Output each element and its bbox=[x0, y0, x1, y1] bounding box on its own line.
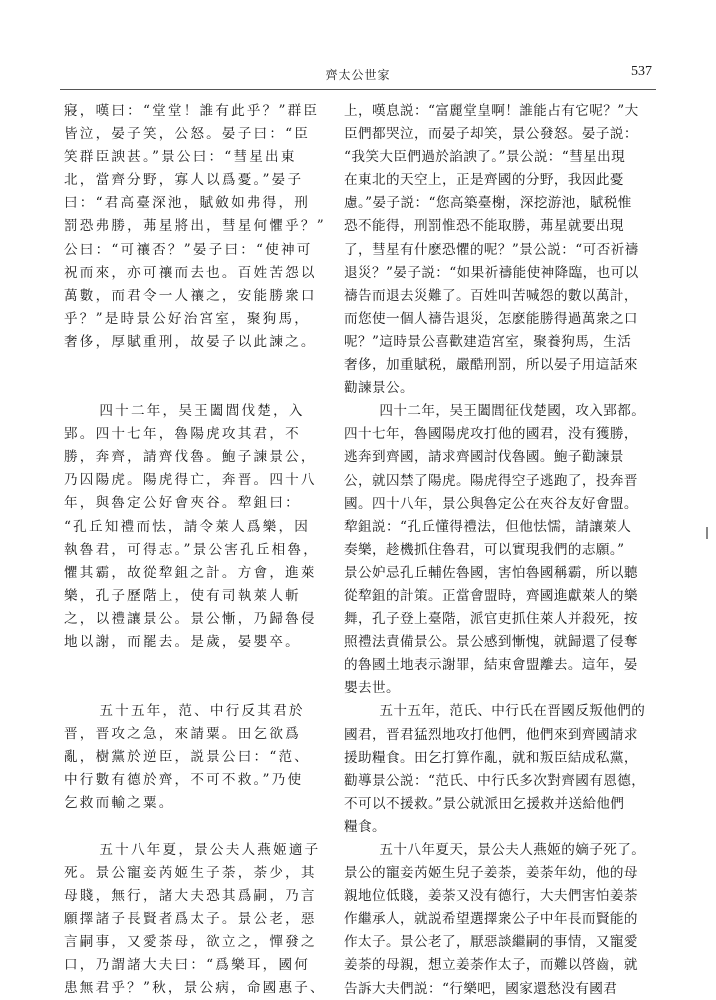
classical-paragraph-1: 寢，嘆曰：“堂堂！誰有此乎？”群臣 皆泣，晏子笑，公怒。晏子曰：“臣 笑群臣諛甚… bbox=[64, 100, 332, 354]
text-line: “我笑大臣們過於諂諛了。”景公説：“彗星出現 bbox=[344, 146, 656, 169]
text-line: 奏樂，趁機抓住魯君，可以實現我們的志願。” bbox=[344, 539, 656, 562]
text-line: 樂，孔子歷階上，使有司執萊人斬 bbox=[64, 585, 332, 608]
text-line: 國。四十八年，景公與魯定公在夾谷友好會盟。 bbox=[344, 493, 656, 516]
text-line: 公曰：“可禳否？”晏子曰：“使神可 bbox=[64, 239, 332, 262]
scan-margin-mark bbox=[706, 527, 708, 539]
text-line: 照禮法責備景公。景公感到慚愧，就歸還了侵奪 bbox=[344, 631, 656, 654]
text-line: 上，嘆息説：“富麗堂皇啊！誰能占有它呢？”大 bbox=[344, 100, 656, 123]
text-line: 犂鉏説：“孔丘懂得禮法，但他怯懦，請讓萊人 bbox=[344, 516, 656, 539]
classical-paragraph-4: 五十八年夏，景公夫人燕姬適子 死。景公寵妾芮姬生子荼，荼少，其 母賤，無行，諸大… bbox=[64, 839, 332, 1000]
text-line: 五十八年夏，景公夫人燕姬適子 bbox=[64, 839, 332, 862]
text-line: 願擇諸子長賢者爲太子。景公老，惡 bbox=[64, 908, 332, 931]
text-line: 親地位低賤，姜荼又没有德行，大夫們害怕姜荼 bbox=[344, 885, 656, 908]
text-line: 中行數有德於齊，不可不救。”乃使 bbox=[64, 769, 332, 792]
text-line: 死。景公寵妾芮姬生子荼，荼少，其 bbox=[64, 862, 332, 885]
text-line: 懼其霸，故從犂鉏之計。方會，進萊 bbox=[64, 562, 332, 585]
translation-paragraph-3: 五十五年，范氏、中行氏在晋國反叛他們的 國君，晋君猛烈地攻打他們，他們來到齊國請… bbox=[344, 700, 656, 839]
running-title: 齊太公世家 bbox=[60, 66, 656, 83]
page-number: 537 bbox=[631, 64, 652, 80]
text-line: 退災？”晏子説：“如果祈禱能使神降臨，也可以 bbox=[344, 262, 656, 285]
text-line: 四十七年，魯國陽虎攻打他的國君，没有獲勝， bbox=[344, 423, 656, 446]
text-line: 晋，晋攻之急，來請粟。田乞欲爲 bbox=[64, 723, 332, 746]
text-line: 臣們都哭泣，而晏子却笑，景公發怒。晏子説： bbox=[344, 123, 656, 146]
text-line: 而您使一個人禱告退災，怎麽能勝得過萬衆之口 bbox=[344, 308, 656, 331]
translation-paragraph-4: 五十八年夏天，景公夫人燕姬的嫡子死了。 景公的寵妾芮姬生兒子姜荼，姜荼年幼，他的… bbox=[344, 839, 656, 1000]
text-line: 姜荼的母親，想立姜荼作太子，而難以啓齒，就 bbox=[344, 954, 656, 977]
text-line: 曰：“君高臺深池，賦斂如弗得，刑 bbox=[64, 192, 332, 215]
text-line: “孔丘知禮而怯，請令萊人爲樂，因 bbox=[64, 516, 332, 539]
text-line: 年，與魯定公好會夾谷。犂鉏曰： bbox=[64, 492, 332, 515]
text-line: 五十五年，范氏、中行氏在晋國反叛他們的 bbox=[344, 700, 656, 723]
text-line: 糧食。 bbox=[344, 816, 656, 839]
text-line: 奢侈，加重賦税，嚴酷刑罰，所以晏子用這話來 bbox=[344, 354, 656, 377]
text-line: 皆泣，晏子笑，公怒。晏子曰：“臣 bbox=[64, 123, 332, 146]
text-line: 景公妒忌孔丘輔佐魯國，害怕魯國稱霸，所以聽 bbox=[344, 562, 656, 585]
text-line: 寢，嘆曰：“堂堂！誰有此乎？”群臣 bbox=[64, 100, 332, 123]
text-line: 了，彗星有什麽恐懼的呢？”景公説：“可否祈禱 bbox=[344, 239, 656, 262]
text-line: 恐不能得，刑罰惟恐不能取勝，茀星就要出現 bbox=[344, 215, 656, 238]
text-line: 作太子。景公老了，厭惡談繼嗣的事情，又寵愛 bbox=[344, 931, 656, 954]
text-line: 的魯國土地表示謝罪，結束會盟離去。這年，晏 bbox=[344, 654, 656, 677]
header-rule bbox=[60, 89, 656, 90]
classical-text-column: 寢，嘆曰：“堂堂！誰有此乎？”群臣 皆泣，晏子笑，公怒。晏子曰：“臣 笑群臣諛甚… bbox=[64, 100, 332, 1000]
text-line: 祝而來，亦可禳而去也。百姓苦怨以 bbox=[64, 262, 332, 285]
text-line: 乃囚陽虎。陽虎得亡，奔晋。四十八 bbox=[64, 469, 332, 492]
classical-paragraph-2: 四十二年，吴王闔閭伐楚，入 郢。四十七年，魯陽虎攻其君，不 勝，奔齊，請齊伐魯。… bbox=[64, 400, 332, 654]
text-line: 北，當齊分野，寡人以爲憂。”晏子 bbox=[64, 169, 332, 192]
text-line: 逃奔到齊國，請求齊國討伐魯國。鮑子勸諫景 bbox=[344, 446, 656, 469]
text-line: 執魯君，可得志。”景公害孔丘相魯， bbox=[64, 539, 332, 562]
text-line: 禱告而退去災難了。百姓叫苦喊怨的數以萬計， bbox=[344, 285, 656, 308]
classical-paragraph-3: 五十五年，范、中行反其君於 晋，晋攻之急，來請粟。田乞欲爲 亂，樹黨於逆臣，説景… bbox=[64, 700, 332, 815]
translation-paragraph-1: 上，嘆息説：“富麗堂皇啊！誰能占有它呢？”大 臣們都哭泣，而晏子却笑，景公發怒。… bbox=[344, 100, 656, 400]
text-line: 地以謝，而罷去。是歲，晏嬰卒。 bbox=[64, 631, 332, 654]
text-line: 五十五年，范、中行反其君於 bbox=[64, 700, 332, 723]
text-line: 之，以禮讓景公。景公慚，乃歸魯侵 bbox=[64, 608, 332, 631]
text-line: 乎？”是時景公好治宮室，聚狗馬， bbox=[64, 308, 332, 331]
text-line: 公，就囚禁了陽虎。陽虎得空子逃跑了，投奔晋 bbox=[344, 470, 656, 493]
text-line: 援助糧食。田乞打算作亂，就和叛臣結成私黨， bbox=[344, 747, 656, 770]
text-line: 勝，奔齊，請齊伐魯。鮑子諫景公， bbox=[64, 446, 332, 469]
page-header: 齊太公世家 537 bbox=[60, 62, 656, 88]
text-line: 勸導景公説：“范氏、中行氏多次對齊國有恩德， bbox=[344, 770, 656, 793]
text-line: 不可以不援救。”景公就派田乞援救并送給他們 bbox=[344, 793, 656, 816]
text-line: 五十八年夏天，景公夫人燕姬的嫡子死了。 bbox=[344, 839, 656, 862]
translation-paragraph-2: 四十二年，吴王闔閭征伐楚國，攻入郢都。 四十七年，魯國陽虎攻打他的國君，没有獲勝… bbox=[344, 400, 656, 700]
text-line: 四十二年，吴王闔閭伐楚，入 bbox=[64, 400, 332, 423]
text-line: 四十二年，吴王闔閭征伐楚國，攻入郢都。 bbox=[344, 400, 656, 423]
text-line: 呢？”這時景公喜歡建造宮室，聚養狗馬，生活 bbox=[344, 331, 656, 354]
text-line: 從犂鉏的計策。正當會盟時，齊國進獻萊人的樂 bbox=[344, 585, 656, 608]
text-line: 母賤，無行，諸大夫恐其爲嗣，乃言 bbox=[64, 885, 332, 908]
text-line: 口，乃謂諸大夫曰：“爲樂耳，國何 bbox=[64, 954, 332, 977]
text-line: 在東北的天空上，正是齊國的分野，我因此憂 bbox=[344, 169, 656, 192]
text-line: 罰恐弗勝，茀星將出，彗星何懼乎？” bbox=[64, 215, 332, 238]
text-line: 萬數，而君令一人禳之，安能勝衆口 bbox=[64, 285, 332, 308]
text-line: 景公的寵妾芮姬生兒子姜荼，姜荼年幼，他的母 bbox=[344, 862, 656, 885]
text-line: 勸諫景公。 bbox=[344, 377, 656, 400]
text-line: 國君，晋君猛烈地攻打他們，他們來到齊國請求 bbox=[344, 724, 656, 747]
text-line: 嬰去世。 bbox=[344, 677, 656, 700]
text-line: 舞，孔子登上臺階，派官吏抓住萊人并殺死，按 bbox=[344, 608, 656, 631]
text-line: 郢。四十七年，魯陽虎攻其君，不 bbox=[64, 423, 332, 446]
text-line: 亂，樹黨於逆臣，説景公曰：“范、 bbox=[64, 746, 332, 769]
text-line: 笑群臣諛甚。”景公曰：“彗星出東 bbox=[64, 146, 332, 169]
text-line: 乞救而輸之粟。 bbox=[64, 792, 332, 815]
text-line: 慮。”晏子説：“您高築臺榭，深挖游池，賦税惟 bbox=[344, 192, 656, 215]
translation-column: 上，嘆息説：“富麗堂皇啊！誰能占有它呢？”大 臣們都哭泣，而晏子却笑，景公發怒。… bbox=[344, 100, 656, 1000]
text-line: 作繼承人，就説希望選擇衆公子中年長而賢能的 bbox=[344, 908, 656, 931]
text-line: 奢侈，厚賦重刑，故晏子以此諫之。 bbox=[64, 331, 332, 354]
text-line: 言嗣事，又愛荼母，欲立之，憚發之 bbox=[64, 931, 332, 954]
text-line: 患無君乎？”秋，景公病，命國惠子、 bbox=[64, 977, 332, 1000]
text-line: 告訴大夫們説：“行樂吧，國家還愁没有國君 bbox=[344, 978, 656, 1000]
